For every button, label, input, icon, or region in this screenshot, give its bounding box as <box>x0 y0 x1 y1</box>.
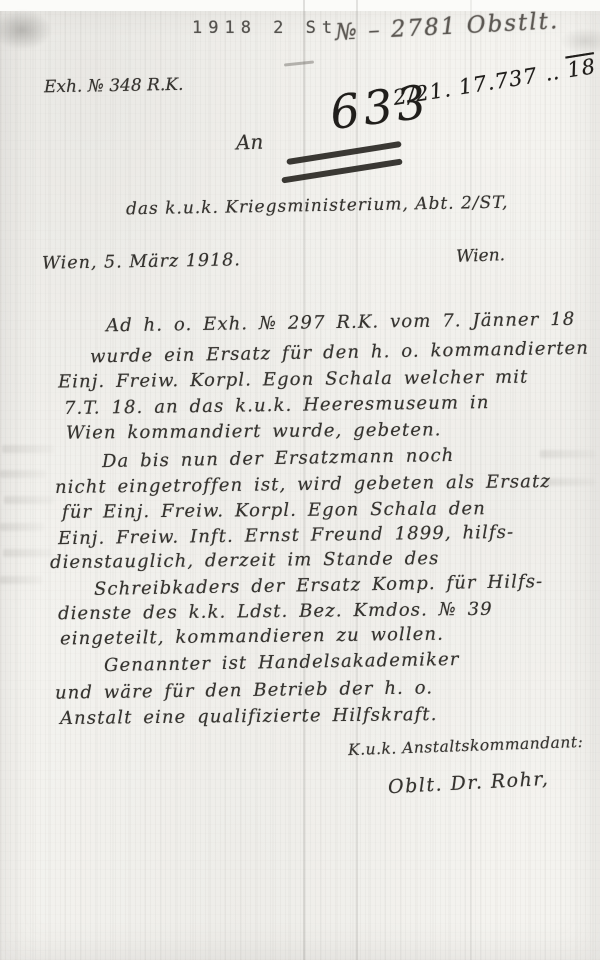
signature-title: K.u.k. Anstaltskommandant: <box>348 733 584 759</box>
exhibit-number: Exh. № 348 R.K. <box>44 75 184 97</box>
body-line: und wäre für den Betrieb der h. o. <box>55 677 433 703</box>
body-line: 7.T. 18. an das k.u.k. Heeresmuseum in <box>64 392 490 419</box>
bleed-through-smudge <box>0 523 44 531</box>
scan-top-edge <box>0 0 600 11</box>
body-line: Wien kommandiert wurde, gebeten. <box>66 419 442 443</box>
corner-smudge <box>560 28 600 54</box>
bleed-through-smudge <box>545 478 595 486</box>
body-line: dienste des k.k. Ldst. Bez. Kmdos. № 39 <box>58 599 493 625</box>
bleed-through-smudge <box>2 445 54 453</box>
bleed-through-smudge <box>540 450 595 458</box>
bleed-through-smudge <box>0 470 46 478</box>
pencil-registry-note: № – 2781 Obstlt. <box>334 8 559 46</box>
dateline-place-date: Wien, 5. März 1918. <box>42 250 241 273</box>
body-line: eingeteilt, kommandieren zu wollen. <box>60 624 444 650</box>
registry-year: 18 <box>566 54 598 82</box>
dateline-place-right: Wien. <box>456 245 506 267</box>
signature-name: Oblt. Dr. Rohr, <box>388 768 550 798</box>
pencil-dash <box>284 60 314 66</box>
body-line: wurde ein Ersatz für den h. o. kommandie… <box>90 338 589 368</box>
body-line: Einj. Freiw. Korpl. Egon Schala welcher … <box>58 367 529 393</box>
body-line: für Einj. Freiw. Korpl. Egon Schala den <box>62 498 486 523</box>
body-line: dienstauglich, derzeit im Stande des <box>50 548 440 573</box>
scanned-letter-page: 1918 2 St № – 2781 Obstlt. Exh. № 348 R.… <box>0 0 600 960</box>
body-line: Da bis nun der Ersatzmann noch <box>102 445 455 472</box>
corner-smudge <box>0 10 52 50</box>
recipient-line: das k.u.k. Kriegsministerium, Abt. 2/ST, <box>126 193 509 220</box>
bleed-through-smudge <box>3 549 53 557</box>
bleed-through-smudge <box>0 576 42 584</box>
bleed-through-smudge <box>4 496 54 504</box>
body-line: Genannter ist Handelsakademiker <box>104 649 460 676</box>
body-line: Ad h. o. Exh. № 297 R.K. vom 7. Jänner 1… <box>106 309 576 337</box>
year-stamp: 1918 2 St <box>192 18 338 38</box>
body-line: Schreibkaders der Ersatz Komp. für Hilfs… <box>94 571 544 600</box>
salutation-an: An <box>236 130 264 155</box>
body-line: Einj. Freiw. Inft. Ernst Freund 1899, hi… <box>58 522 514 549</box>
registry-note-text: 2/21. 17.737 ‥ <box>391 60 561 110</box>
body-line: nicht eingetroffen ist, wird gebeten als… <box>55 471 551 498</box>
body-line: Anstalt eine qualifizierte Hilfskraft. <box>60 704 438 729</box>
registry-annotation: 2/21. 17.737 ‥ 18 <box>391 54 597 110</box>
